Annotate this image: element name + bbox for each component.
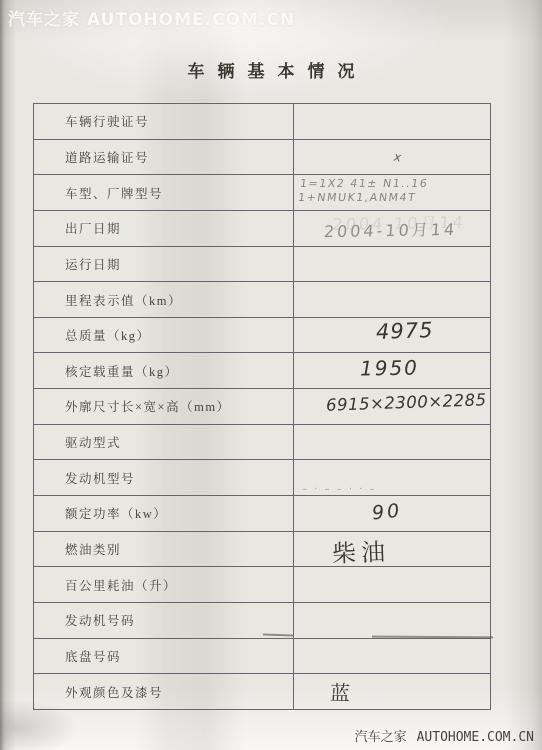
erased-marks: – · – – · · – <box>302 484 377 495</box>
table-row: 燃油类别 柴油 <box>34 532 490 568</box>
row-value-cell <box>294 425 490 460</box>
row-value-cell: 1=1X2 41± N1..16 1+NMUK1,ANM4T <box>294 175 490 210</box>
handwritten-value: 90 <box>371 500 403 525</box>
handwritten-value: 1=1X2 41± N1..16 1+NMUK1,ANM4T <box>297 177 429 205</box>
table-row: 里程表示值（km） <box>34 282 490 318</box>
handwritten-value: x <box>393 149 402 164</box>
row-value-cell: 柴油 <box>294 532 490 567</box>
row-label: 驱动型式 <box>34 425 294 460</box>
row-label: 底盘号码 <box>34 639 294 674</box>
row-label: 核定载重量（kg） <box>34 353 294 388</box>
row-value-cell <box>294 639 490 674</box>
row-label: 道路运输证号 <box>34 140 294 175</box>
row-label: 发动机型号 <box>34 460 294 495</box>
row-label: 百公里耗油（升） <box>34 567 294 602</box>
row-value-cell: 4975 <box>294 318 490 353</box>
row-value-cell <box>294 282 490 317</box>
handwritten-value: 1950 <box>360 356 419 381</box>
form-title: 车辆基本情况 <box>121 57 421 82</box>
row-label: 发动机号码 <box>34 603 294 638</box>
table-row: 外观颜色及漆号 蓝 <box>34 674 490 709</box>
row-label: 运行日期 <box>34 247 294 282</box>
row-label: 总质量（kg） <box>34 318 294 353</box>
handwritten-value: 柴油 <box>331 532 390 569</box>
row-value-cell: – · – – · · – <box>294 460 490 495</box>
handwritten-value: 蓝 <box>330 677 351 707</box>
vehicle-info-table: 车辆行驶证号 道路运输证号 x 车型、厂牌型号 1=1X2 41± N1..16… <box>33 103 491 710</box>
table-row: 车辆行驶证号 <box>34 104 490 140</box>
table-row: 发动机型号 – · – – · · – <box>34 460 490 496</box>
handwritten-value: 6915×2300×2285 <box>326 390 487 415</box>
table-row: 百公里耗油（升） <box>34 567 490 603</box>
row-value-cell: 1950 <box>294 353 490 388</box>
row-label: 燃油类别 <box>34 532 294 567</box>
watermark-site-name: 汽车之家 <box>355 730 407 745</box>
row-value-cell <box>294 104 490 139</box>
table-row: 出厂日期 2004-10月14 <box>34 211 490 247</box>
scanned-document: 汽车之家 AUTOHOME.COM.CN 车辆基本情况 车辆行驶证号 道路运输证… <box>0 0 542 750</box>
handwritten-value: 2004-10月14 <box>323 217 458 242</box>
row-label: 里程表示值（km） <box>34 282 294 317</box>
table-row: 驱动型式 <box>34 425 490 461</box>
handwritten-value: 4975 <box>376 318 434 344</box>
watermark-bottom: 汽车之家AUTOHOME.COM.CN <box>355 726 534 745</box>
row-label: 车辆行驶证号 <box>34 104 294 139</box>
row-label: 车型、厂牌型号 <box>34 175 294 210</box>
row-label: 额定功率（kw） <box>34 496 294 531</box>
table-row: 外廓尺寸长×宽×高（mm） 6915×2300×2285 <box>34 389 490 425</box>
row-value-cell <box>294 247 490 282</box>
table-row: 总质量（kg） 4975 <box>34 318 490 354</box>
watermark-site-domain: AUTOHOME.COM.CN <box>417 730 534 745</box>
table-row: 道路运输证号 x <box>34 140 490 176</box>
row-value-cell: 蓝 <box>294 674 490 709</box>
row-value-cell: 6915×2300×2285 <box>294 389 490 424</box>
row-value-cell: 90 <box>294 496 490 531</box>
table-row: 额定功率（kw） 90 <box>34 496 490 532</box>
row-label: 出厂日期 <box>34 211 294 246</box>
row-value-cell <box>294 603 490 638</box>
row-value-cell: 2004-10月14 <box>294 211 490 246</box>
row-label: 外廓尺寸长×宽×高（mm） <box>34 389 294 424</box>
table-row: 运行日期 <box>34 247 490 283</box>
watermark-top: 汽车之家 AUTOHOME.COM.CN <box>8 5 295 30</box>
row-value-cell <box>294 567 490 602</box>
table-row: 车型、厂牌型号 1=1X2 41± N1..16 1+NMUK1,ANM4T <box>34 175 490 211</box>
table-row: 核定载重量（kg） 1950 <box>34 353 490 389</box>
table-row: 底盘号码 <box>34 639 490 675</box>
table-row: 发动机号码 <box>34 603 490 639</box>
row-value-cell: x <box>294 140 490 175</box>
row-label: 外观颜色及漆号 <box>34 674 294 709</box>
